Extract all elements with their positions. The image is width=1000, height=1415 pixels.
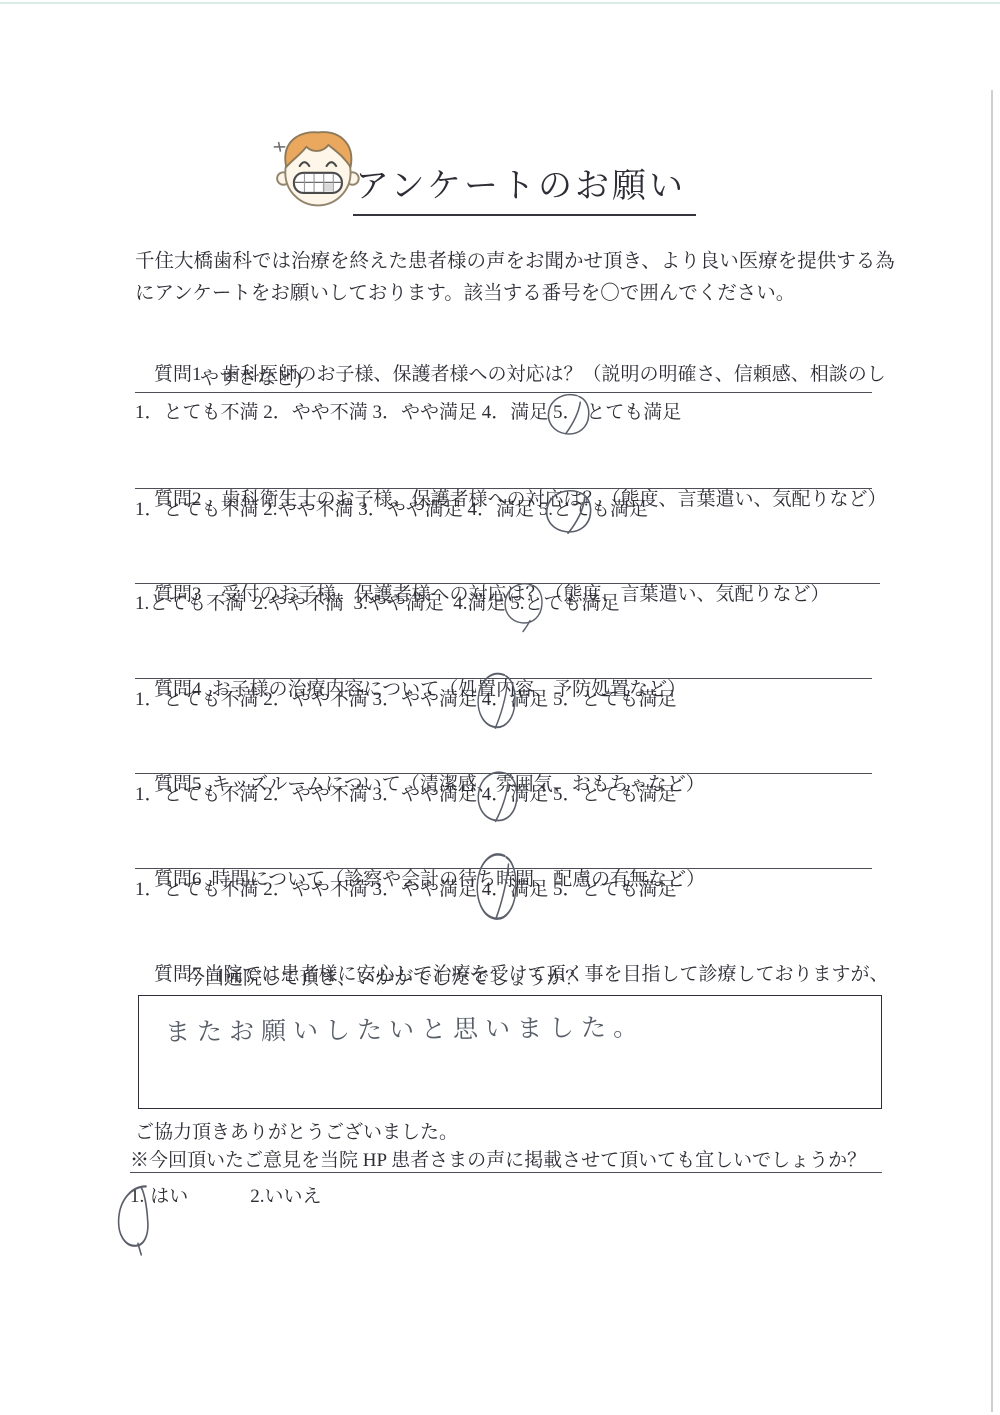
consent-option-no: 2.いいえ	[250, 1186, 321, 1207]
circled-answer-q1: 5．	[553, 400, 582, 426]
option-segment: とても満足	[582, 402, 682, 423]
question-7-line2: 今回通院して頂き、いかがでしたでしょうか？	[186, 966, 584, 992]
intro-line1: 千住大橋歯科では治療を終えた患者様の声をお聞かせ頂き、より良い医療を提供する為	[135, 251, 895, 272]
question-1-line1: 歯科医師のお子様、保護者様への対応は？（説明の明確さ、信頼感、相談のし	[222, 364, 886, 385]
option-segment: 満足 5．とても満足	[510, 879, 676, 900]
divider-q2	[135, 488, 872, 489]
circled-answer-q5: 4．	[482, 782, 511, 808]
scanned-survey-page: アンケートのお願い 千住大橋歯科では治療を終えた患者様の声をお聞かせ頂き、より良…	[0, 0, 1000, 1415]
intro-paragraph: 千住大橋歯科では治療を終えた患者様の声をお聞かせ頂き、より良い医療を提供する為 …	[135, 246, 895, 309]
consent-option-yes: はい	[150, 1186, 188, 1207]
divider-consent	[130, 1172, 882, 1173]
option-segment: 1．とても不満 2．やや不満 3．やや満足	[135, 784, 482, 805]
divider-q1	[135, 392, 872, 393]
question-5-options: 1．とても不満 2．やや不満 3．やや満足 4．満足 5．とても満足	[135, 782, 677, 808]
circled-answer-q3: 5.	[510, 591, 524, 617]
divider-q3	[135, 583, 880, 584]
scan-edge-top	[0, 2, 1000, 4]
question-6-options: 1．とても不満 2．やや不満 3．やや満足 4．満足 5．とても満足	[135, 877, 677, 903]
circled-answer-q2: と	[553, 497, 572, 523]
question-3-options: 1.とても不満 2.やや不満 3.やや満足 4.満足 5.とても満足	[135, 591, 620, 617]
hp-consent-question: ※今回頂いたご意見を当院 HP 患者さまの声に掲載させて頂いても宜しいでしょうか…	[130, 1145, 866, 1172]
question-1-label: 質問1	[154, 364, 202, 385]
scan-edge-right	[991, 90, 993, 1412]
consent-options-row: 1.はい2.いいえ	[130, 1181, 322, 1208]
thanks-text: ご協力頂きありがとうございました。	[135, 1117, 458, 1144]
option-segment: とても満足	[525, 593, 620, 614]
question-2-options: 1．とても不満 2.やや不満 3．やや満足 4．満足 5.とても満足	[135, 497, 648, 523]
divider-q4	[135, 678, 872, 679]
option-segment: 1．とても不満 2．やや不満 3．やや満足 4．満足	[135, 402, 553, 423]
divider-q6	[135, 868, 872, 869]
option-segment: 1．とても不満 2．やや不満 3．やや満足	[135, 879, 482, 900]
option-segment: 1．とても不満 2.やや不満 3．やや満足 4．満足 5.	[135, 499, 553, 520]
divider-q5	[135, 773, 872, 774]
option-segment: 1.とても不満 2.やや不満 3.やや満足 4.満足	[135, 593, 510, 614]
circled-option-text: 4．	[482, 784, 511, 805]
option-segment: ても満足	[572, 499, 648, 520]
option-segment: 1．とても不満 2．やや不満 3．やや満足	[135, 689, 482, 710]
circled-answer-q6: 4．	[482, 877, 511, 903]
question-1-line2: やすさなど)	[200, 366, 301, 392]
circled-option-text: 1.	[130, 1186, 144, 1207]
circled-answer-consent: 1.	[130, 1186, 144, 1208]
intro-line2: にアンケートをお願いしております。該当する番号を〇で囲んでください。	[135, 283, 795, 304]
question-4-options: 1．とても不満 2．やや不満 3．やや満足 4．満足 5．とても満足	[135, 687, 677, 713]
circled-option-text: 5．	[553, 402, 582, 423]
circled-answer-q4: 4．	[482, 687, 511, 713]
question-1-options: 1．とても不満 2．やや不満 3．やや満足 4．満足 5． とても満足	[135, 400, 681, 426]
smiling-boy-grin-icon	[268, 122, 364, 212]
circled-option-text: 4．	[482, 879, 511, 900]
circled-option-text: と	[553, 499, 572, 520]
circled-option-text: 4．	[482, 689, 511, 710]
option-segment: 満足 5．とても満足	[510, 689, 676, 710]
sparkle-icon	[274, 142, 286, 152]
comment-box: またお願いしたいと思いました。	[138, 995, 882, 1109]
circled-option-text: 5.	[510, 593, 524, 614]
page-title: アンケートのお願い	[353, 158, 696, 216]
handwritten-answer: またお願いしたいと思いました。	[165, 1007, 645, 1048]
option-segment: 満足 5．とても満足	[510, 784, 676, 805]
